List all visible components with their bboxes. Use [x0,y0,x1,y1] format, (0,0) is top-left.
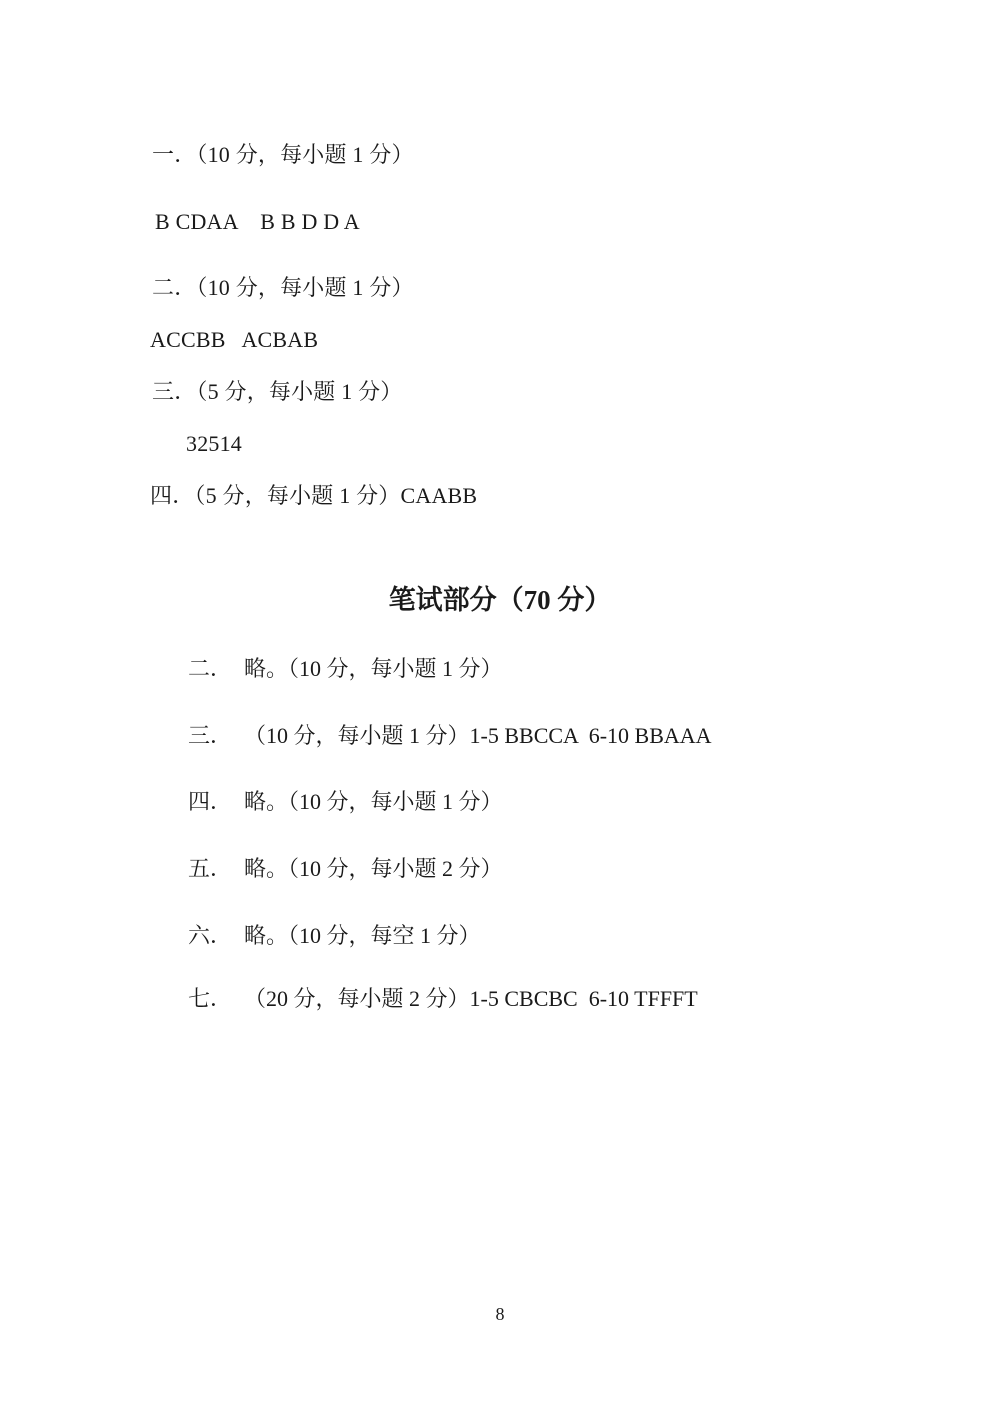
written-section-title: 笔试部分（70 分） [0,584,1000,616]
written-item-5: 五． 略。（10 分，每小题 2 分） [188,856,503,882]
listening-item-2-answers: ACCBB ACBAB [150,327,318,353]
written-item-3: 三． （10 分，每小题 1 分）1-5 BBCCA 6-10 BBAAA [188,723,712,749]
written-item-7-number: 七． [188,986,232,1012]
written-item-2-text: 略。（10 分，每小题 1 分） [244,656,503,682]
listening-item-4-line: 四．（5 分，每小题 1 分）CAABB [150,483,477,509]
written-item-5-text: 略。（10 分，每小题 2 分） [244,856,503,882]
listening-item-1-answers: B CDAA B B D D A [155,209,360,235]
written-item-3-text: （10 分，每小题 1 分）1-5 BBCCA 6-10 BBAAA [244,723,712,749]
page-number: 8 [0,1303,1000,1325]
written-item-6: 六． 略。（10 分，每空 1 分） [188,923,481,949]
answer-key-page: 一．（10 分，每小题 1 分） B CDAA B B D D A 二．（10 … [0,0,1000,1415]
written-item-4: 四． 略。（10 分，每小题 1 分） [188,789,503,815]
written-item-4-number: 四． [188,789,232,815]
written-item-5-number: 五． [188,856,232,882]
written-item-6-number: 六． [188,923,232,949]
written-item-7-text: （20 分，每小题 2 分）1-5 CBCBC 6-10 TFFFT [244,986,698,1012]
listening-item-3-answers: 32514 [186,431,242,457]
written-item-2-number: 二． [188,656,232,682]
written-item-7: 七． （20 分，每小题 2 分）1-5 CBCBC 6-10 TFFFT [188,986,698,1012]
written-item-3-number: 三． [188,723,232,749]
listening-item-3-heading: 三．（5 分，每小题 1 分） [152,379,403,405]
written-item-4-text: 略。（10 分，每小题 1 分） [244,789,503,815]
written-item-6-text: 略。（10 分，每空 1 分） [244,923,481,949]
listening-item-1-heading: 一．（10 分，每小题 1 分） [152,142,414,168]
written-item-2: 二． 略。（10 分，每小题 1 分） [188,656,503,682]
listening-item-2-heading: 二．（10 分，每小题 1 分） [152,275,414,301]
